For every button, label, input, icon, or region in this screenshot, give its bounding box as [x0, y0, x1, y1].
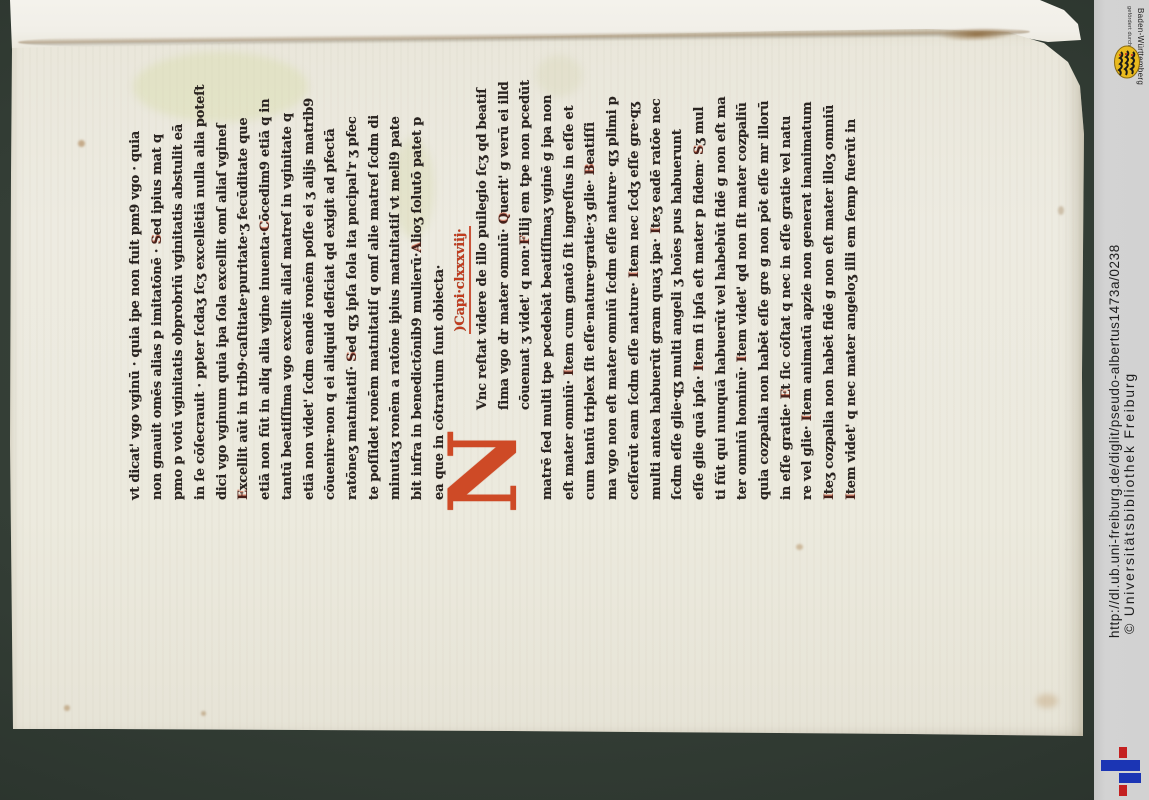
crease-stain — [938, 27, 1016, 43]
text-line: te poſſidet ronēm matnitatiſ q omſ alie … — [364, 60, 386, 500]
text-line: Iteʒ cozpalia non habēt fidē g non eſt m… — [819, 60, 841, 500]
foxing-spot — [201, 711, 206, 716]
text-line: ter omniū hominū· Item videt' qd non ſit… — [732, 60, 754, 500]
scan-photo: { "photo": { "background_color": "#333d3… — [0, 0, 1149, 800]
text-block: N vt dicat' vgo vginū · quia ipe non fui… — [125, 60, 863, 500]
foxing-spot — [1058, 206, 1064, 215]
text-line: multi antea habuerūt gram quaʒ ipa· Iteʒ… — [646, 60, 668, 500]
text-line: vt dicat' vgo vginū · quia ipe non fuit … — [125, 60, 147, 500]
text-line: etiā non videt' ſcdm eandē ronēm poſſe e… — [299, 60, 321, 500]
text-line: etiā non fūt in aliq alia vgine inuenta·… — [255, 60, 277, 500]
drop-cap-initial: N — [441, 418, 529, 514]
text-line: tantū beatiſſima vgo excellit aliaſ matr… — [277, 60, 299, 500]
library-mark-red-bottom — [1119, 785, 1127, 796]
text-line: re vel glie· Item animatū apzie non gene… — [797, 60, 819, 500]
text-line: matrē ſed multi tpe pcedebāt beatiſſimaʒ… — [537, 60, 559, 500]
baden-wuerttemberg-coat-of-arms-icon — [1112, 45, 1142, 79]
funder-label: gefördert durch — [1126, 6, 1132, 46]
text-line: ratōneʒ matnitatiſ· Sed qʒ ipſa ſola ita… — [342, 60, 364, 500]
text-line: in eſſe gratie· Et ſic cōſtat q nec in e… — [776, 60, 798, 500]
text-line: minutaʒ ronēm a ratōne ipius matnitatiſ … — [385, 60, 407, 500]
text-line: pmo p votū vginitatis obprobriū vginitat… — [168, 60, 190, 500]
foxing-spot — [78, 140, 85, 147]
text-line: bit infra in benedictōnib9 mulierū·Alioʒ… — [407, 60, 429, 500]
text-line: eſt mater omniū· Item cum gnatō ſit ingr… — [559, 60, 581, 500]
text-line: eſſe glie quā ipſa· Item ſi ipſa eſt mat… — [689, 60, 711, 500]
text-line: non gnauit omēs alias p imitatōnē · Sed … — [147, 60, 169, 500]
text-line: Excellit aūt in trib9·caſtitate·puritate… — [233, 60, 255, 500]
text-line: Item videt' q nec mater angeloʒ illi em … — [841, 60, 863, 500]
text-line: dici vgo vginum quia ipa ſola excellit o… — [212, 60, 234, 500]
library-mark-blue-bar-short — [1119, 773, 1141, 783]
text-line: cōuenire·non q ei aliquid deficiat qd ex… — [320, 60, 342, 500]
text-line: in ſe cōſecrauit · ppter ſcdaʒ ſcʒ excel… — [190, 60, 212, 500]
foxing-spot — [1036, 694, 1058, 708]
text-line: ceſſerūt eam ſcdm eſſe nature· Item nec … — [624, 60, 646, 500]
text-line: ti fūt qui nunquā habuerūt vel habebūt f… — [711, 60, 733, 500]
library-mark-red-top — [1119, 747, 1127, 758]
foxing-spot — [64, 705, 70, 711]
library-mark-blue-bar — [1101, 760, 1140, 771]
text-line: ſcdm eſſe glie·qʒ multi angeli ʒ hoīes p… — [667, 60, 689, 500]
text-line: quia cozpalia non habēt eſſe gre g non p… — [754, 60, 776, 500]
text-line: cum tantū triplex ſit eſſe·nature·gratie… — [580, 60, 602, 500]
foxing-spot — [796, 544, 803, 550]
text-line: ma vgo non eſt mater omniū ſcdm eſſe nat… — [602, 60, 624, 500]
copyright-label: © Universitätsbibliothek Freiburg — [1121, 372, 1137, 634]
source-url-label: http://dl.ub.uni-freiburg.de/diglit/pseu… — [1107, 244, 1122, 638]
